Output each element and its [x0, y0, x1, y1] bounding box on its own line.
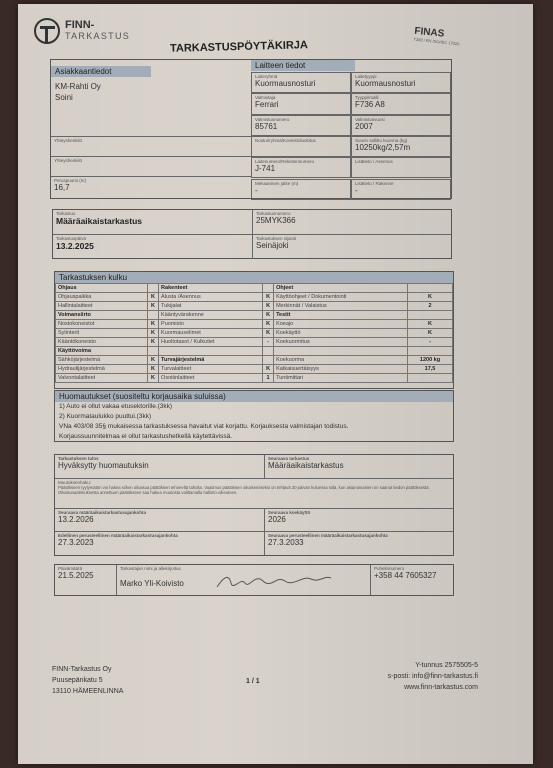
table-row: OhjauspaikkaKAlusta /AsennusKKäyttöohjee… [56, 293, 453, 302]
check-item: Käyttövoima [56, 347, 148, 356]
status-mark [263, 284, 274, 293]
footer-postal: 13110 HÄMEENLINNA [52, 686, 123, 697]
status-mark: K [263, 293, 274, 302]
status-mark: 17,5 [408, 365, 453, 374]
check-item: Katkaisuertäisyys [274, 365, 408, 374]
customer-city: Soini [55, 93, 73, 103]
status-mark: K [148, 338, 159, 347]
remark-line: Korjaussuunnitelmaa ei ollut tarkastushe… [55, 432, 453, 442]
page-number: 1 / 1 [246, 676, 260, 687]
check-item: Voimansiirto [56, 311, 148, 320]
footer-street: Puusepänkatu 5 [52, 675, 123, 686]
check-item: Koekäyttö [274, 329, 408, 338]
equipment-field: LaitetyyppiKuormausnosturi [351, 72, 451, 93]
equipment-section-header: Laitteen tiedot [251, 60, 355, 71]
remarks-list: 1) Auto ei ollut vakaa etusektorille.(3k… [55, 402, 453, 442]
inspector-signature: Tarkastajan nimi ja allekirjoitus Marko … [117, 565, 371, 595]
status-mark [408, 374, 453, 383]
next-test-run: Seuraava koekäyttö 2026 [265, 509, 453, 532]
appeal-notice: Muutoksenhaku: Päätökseen tyytymätön voi… [55, 479, 453, 509]
check-item: Ohjeet [274, 284, 408, 293]
status-mark [148, 284, 159, 293]
finas-subtext: T288 / EN ISO/IEC 17020 [413, 37, 459, 47]
status-mark: - [408, 338, 453, 347]
status-mark: K [148, 374, 159, 383]
table-row: ValvontalaitteetKOsoitinlaitteet1Tuntimi… [56, 374, 453, 383]
status-mark: K [148, 302, 159, 311]
footer-contact: Y-tunnus 2575505-5 s-posti: info@finn-ta… [348, 660, 478, 693]
equipment-field: Suurin sallittu kuorma (kg)10250kg/2,57m [351, 136, 451, 157]
inspection-number: Tarkastusnumero 25MYK366 [253, 210, 451, 235]
check-item: Ohjaus [56, 284, 148, 293]
check-item: Kuormauselimet [159, 329, 263, 338]
equipment-field: Nosturiryhmä/Koneistoluokitus [251, 136, 351, 157]
signature-date: Päivämäärä 21.5.2025 [55, 565, 117, 595]
inspection-date: Tarkastuspäivä 13.2.2025 [53, 235, 253, 259]
next-periodic-inspection: Seuraava määräaikaistarkastusajankohta 1… [55, 509, 265, 532]
equipment-field: Tyyppi/malliF736 A8 [351, 93, 451, 114]
handwritten-signature-icon [215, 569, 335, 591]
finn-tarkastus-logo: FINN- TARKASTUS [34, 18, 130, 44]
status-mark: K [408, 320, 453, 329]
status-mark [408, 284, 453, 293]
process-section-header: Tarkastuksen kulku [55, 272, 453, 283]
check-item: Kääntyvärakenne [159, 311, 263, 320]
inspection-process-block: Tarkastuksen kulku OhjausRakenteetOhjeet… [54, 271, 454, 389]
status-mark [148, 347, 159, 356]
inspection-location: Tarkastuksen sijainti Seinäjoki [253, 235, 451, 259]
footer-company: FINN-Tarkastus Oy [52, 664, 123, 675]
customer-name: KM-Rahti Oy [55, 82, 101, 92]
status-mark: K [263, 302, 274, 311]
table-row: HallintalaitteetKTukijalatKMerkinnät / V… [56, 302, 453, 311]
inspection-info-block: Tarkastus Määräaikaistarkastus Tarkastus… [52, 209, 452, 259]
check-item [159, 347, 263, 356]
inspection-report-page: FINN- TARKASTUS FINAS T288 / EN ISO/IEC … [18, 4, 533, 764]
check-item: Valvontalaitteet [56, 374, 148, 383]
status-mark: 1200 kg [408, 356, 453, 365]
table-row: VoimansiirtoKääntyvärakenneKTestit [56, 311, 453, 320]
document-title: TARKASTUSPÖYTÄKIRJA [170, 39, 308, 55]
status-mark: K [148, 320, 159, 329]
status-mark: K [263, 329, 274, 338]
logo-mark-icon [34, 18, 60, 44]
contact-person-1: Yhteyshenkilö [51, 136, 251, 156]
check-item: Osoitinlaitteet [159, 374, 263, 383]
check-item: Koeajo [274, 320, 408, 329]
equipment-field: Laitenumero/RekisterinumeroJ-741 [251, 157, 351, 178]
signature-block: Päivämäärä 21.5.2025 Tarkastajan nimi ja… [54, 564, 454, 596]
check-item: Testit [274, 311, 408, 320]
next-inspection: Seuraava tarkastus Määräaikaistarkastus [265, 455, 453, 479]
status-mark: K [148, 293, 159, 302]
remark-line: 2) Kuormataulukko puuttui.(3kk) [55, 412, 453, 422]
status-mark: K [148, 356, 159, 365]
check-item: Hallintalaitteet [56, 302, 148, 311]
remark-line: VNa 403/08 35§ mukaisessa tarkastuksessa… [55, 422, 453, 432]
check-item: Koekuorma [274, 356, 408, 365]
check-item: Sylinterit [56, 329, 148, 338]
previous-thorough-inspection: Edellinen perusteellinen määräaikaistark… [55, 532, 265, 555]
status-mark [408, 311, 453, 320]
status-mark: K [263, 311, 274, 320]
remark-line: 1) Auto ei ollut vakaa etusektorille.(3k… [55, 402, 453, 412]
status-mark: K [408, 329, 453, 338]
status-mark: 1 [263, 374, 274, 383]
check-item: Käyttöohjeet / Dokumentointi [274, 293, 408, 302]
finas-logo: FINAS T288 / EN ISO/IEC 17020 [413, 26, 460, 47]
phone-number: Puhelinnumero +358 44 7605327 [371, 565, 453, 595]
check-item: Merkinnät / Valaistus [274, 302, 408, 311]
table-row: HydraulijärjestelmäKTurvalaitteetKKatkai… [56, 365, 453, 374]
contact-person-2: Yhteyshenkilö [51, 156, 251, 176]
footer-address: FINN-Tarkastus Oy Puusepänkatu 5 13110 H… [52, 664, 123, 697]
equipment-field: Valmistusvuosi2007 [351, 115, 451, 136]
status-mark [263, 356, 274, 365]
check-item: Turvajärjestelmä [159, 356, 263, 365]
table-row: Käyttövoima [56, 347, 453, 356]
status-mark: 2 [408, 302, 453, 311]
remarks-section-header: Huomautukset (suositeltu korjausaika sul… [55, 391, 453, 402]
check-item: Koekuormitus [274, 338, 408, 347]
table-row: NostokoneistotKPuomistoKKoeajoK [56, 320, 453, 329]
status-mark [408, 347, 453, 356]
equipment-field: ValmistajaFerrari [251, 93, 351, 114]
check-item: Tukijalat [159, 302, 263, 311]
check-item: Tuntimittari [274, 374, 408, 383]
check-item [274, 347, 408, 356]
process-table: OhjausRakenteetOhjeetOhjauspaikkaKAlusta… [55, 283, 453, 383]
footer-email[interactable]: s-posti: info@finn-tarkastus.fi [348, 671, 478, 682]
next-thorough-inspection: Seuraava perusteellinen määräaikaistarka… [265, 532, 453, 555]
check-item: Ohjauspaikka [56, 293, 148, 302]
table-row: KääntökoneistoKHuoltotasot / Kulkutiet-K… [56, 338, 453, 347]
inspection-type: Tarkastus Määräaikaistarkastus [53, 210, 253, 235]
status-mark: K [148, 329, 159, 338]
footer-business-id: Y-tunnus 2575505-5 [348, 660, 478, 671]
logo-line1: FINN- [65, 20, 130, 31]
table-row: OhjausRakenteetOhjeet [56, 284, 453, 293]
inspection-result: Tarkastuksen tulos Hyväksytty huomautuks… [55, 455, 265, 479]
check-item: Huoltotasot / Kulkutiet [159, 338, 263, 347]
status-mark: - [263, 338, 274, 347]
table-row: SylinteritKKuormauselimetKKoekäyttöK [56, 329, 453, 338]
check-item: Rakenteet [159, 284, 263, 293]
footer-website[interactable]: www.finn-tarkastus.com [348, 682, 478, 693]
equipment-field: Lisätieto / Asennus [351, 157, 451, 178]
check-item: Kääntökoneisto [56, 338, 148, 347]
check-item: Alusta /Asennus [159, 293, 263, 302]
check-item: Sähköjärjestelmä [56, 356, 148, 365]
status-mark: K [263, 365, 274, 374]
customer-section-header: Asiakkaantiedot [51, 66, 151, 77]
status-mark [148, 311, 159, 320]
status-mark: K [148, 365, 159, 374]
customer-equipment-block: Asiakkaantiedot KM-Rahti Oy Soini Yhteys… [50, 59, 452, 199]
status-mark: K [263, 320, 274, 329]
equipment-field: Mekaaninen jatke (m)- [251, 179, 351, 200]
base-boom: Peruspuomi (m) 16,7 [51, 176, 251, 200]
equipment-field: Lisätieto / Rakenne- [351, 179, 451, 200]
status-mark [263, 347, 274, 356]
remarks-block: Huomautukset (suositeltu korjausaika sul… [54, 390, 454, 442]
status-mark: K [408, 293, 453, 302]
result-block: Tarkastuksen tulos Hyväksytty huomautuks… [54, 454, 454, 556]
check-item: Nostokoneistot [56, 320, 148, 329]
check-item: Puomisto [159, 320, 263, 329]
table-row: SähköjärjestelmäKTurvajärjestelmäKoekuor… [56, 356, 453, 365]
equipment-field: Valmistusnumero85761 [251, 115, 351, 136]
check-item: Turvalaitteet [159, 365, 263, 374]
check-item: Hydraulijärjestelmä [56, 365, 148, 374]
equipment-field: LaiteryhmäKuormausnosturi [251, 72, 351, 93]
logo-line2: TARKASTUS [65, 31, 130, 42]
